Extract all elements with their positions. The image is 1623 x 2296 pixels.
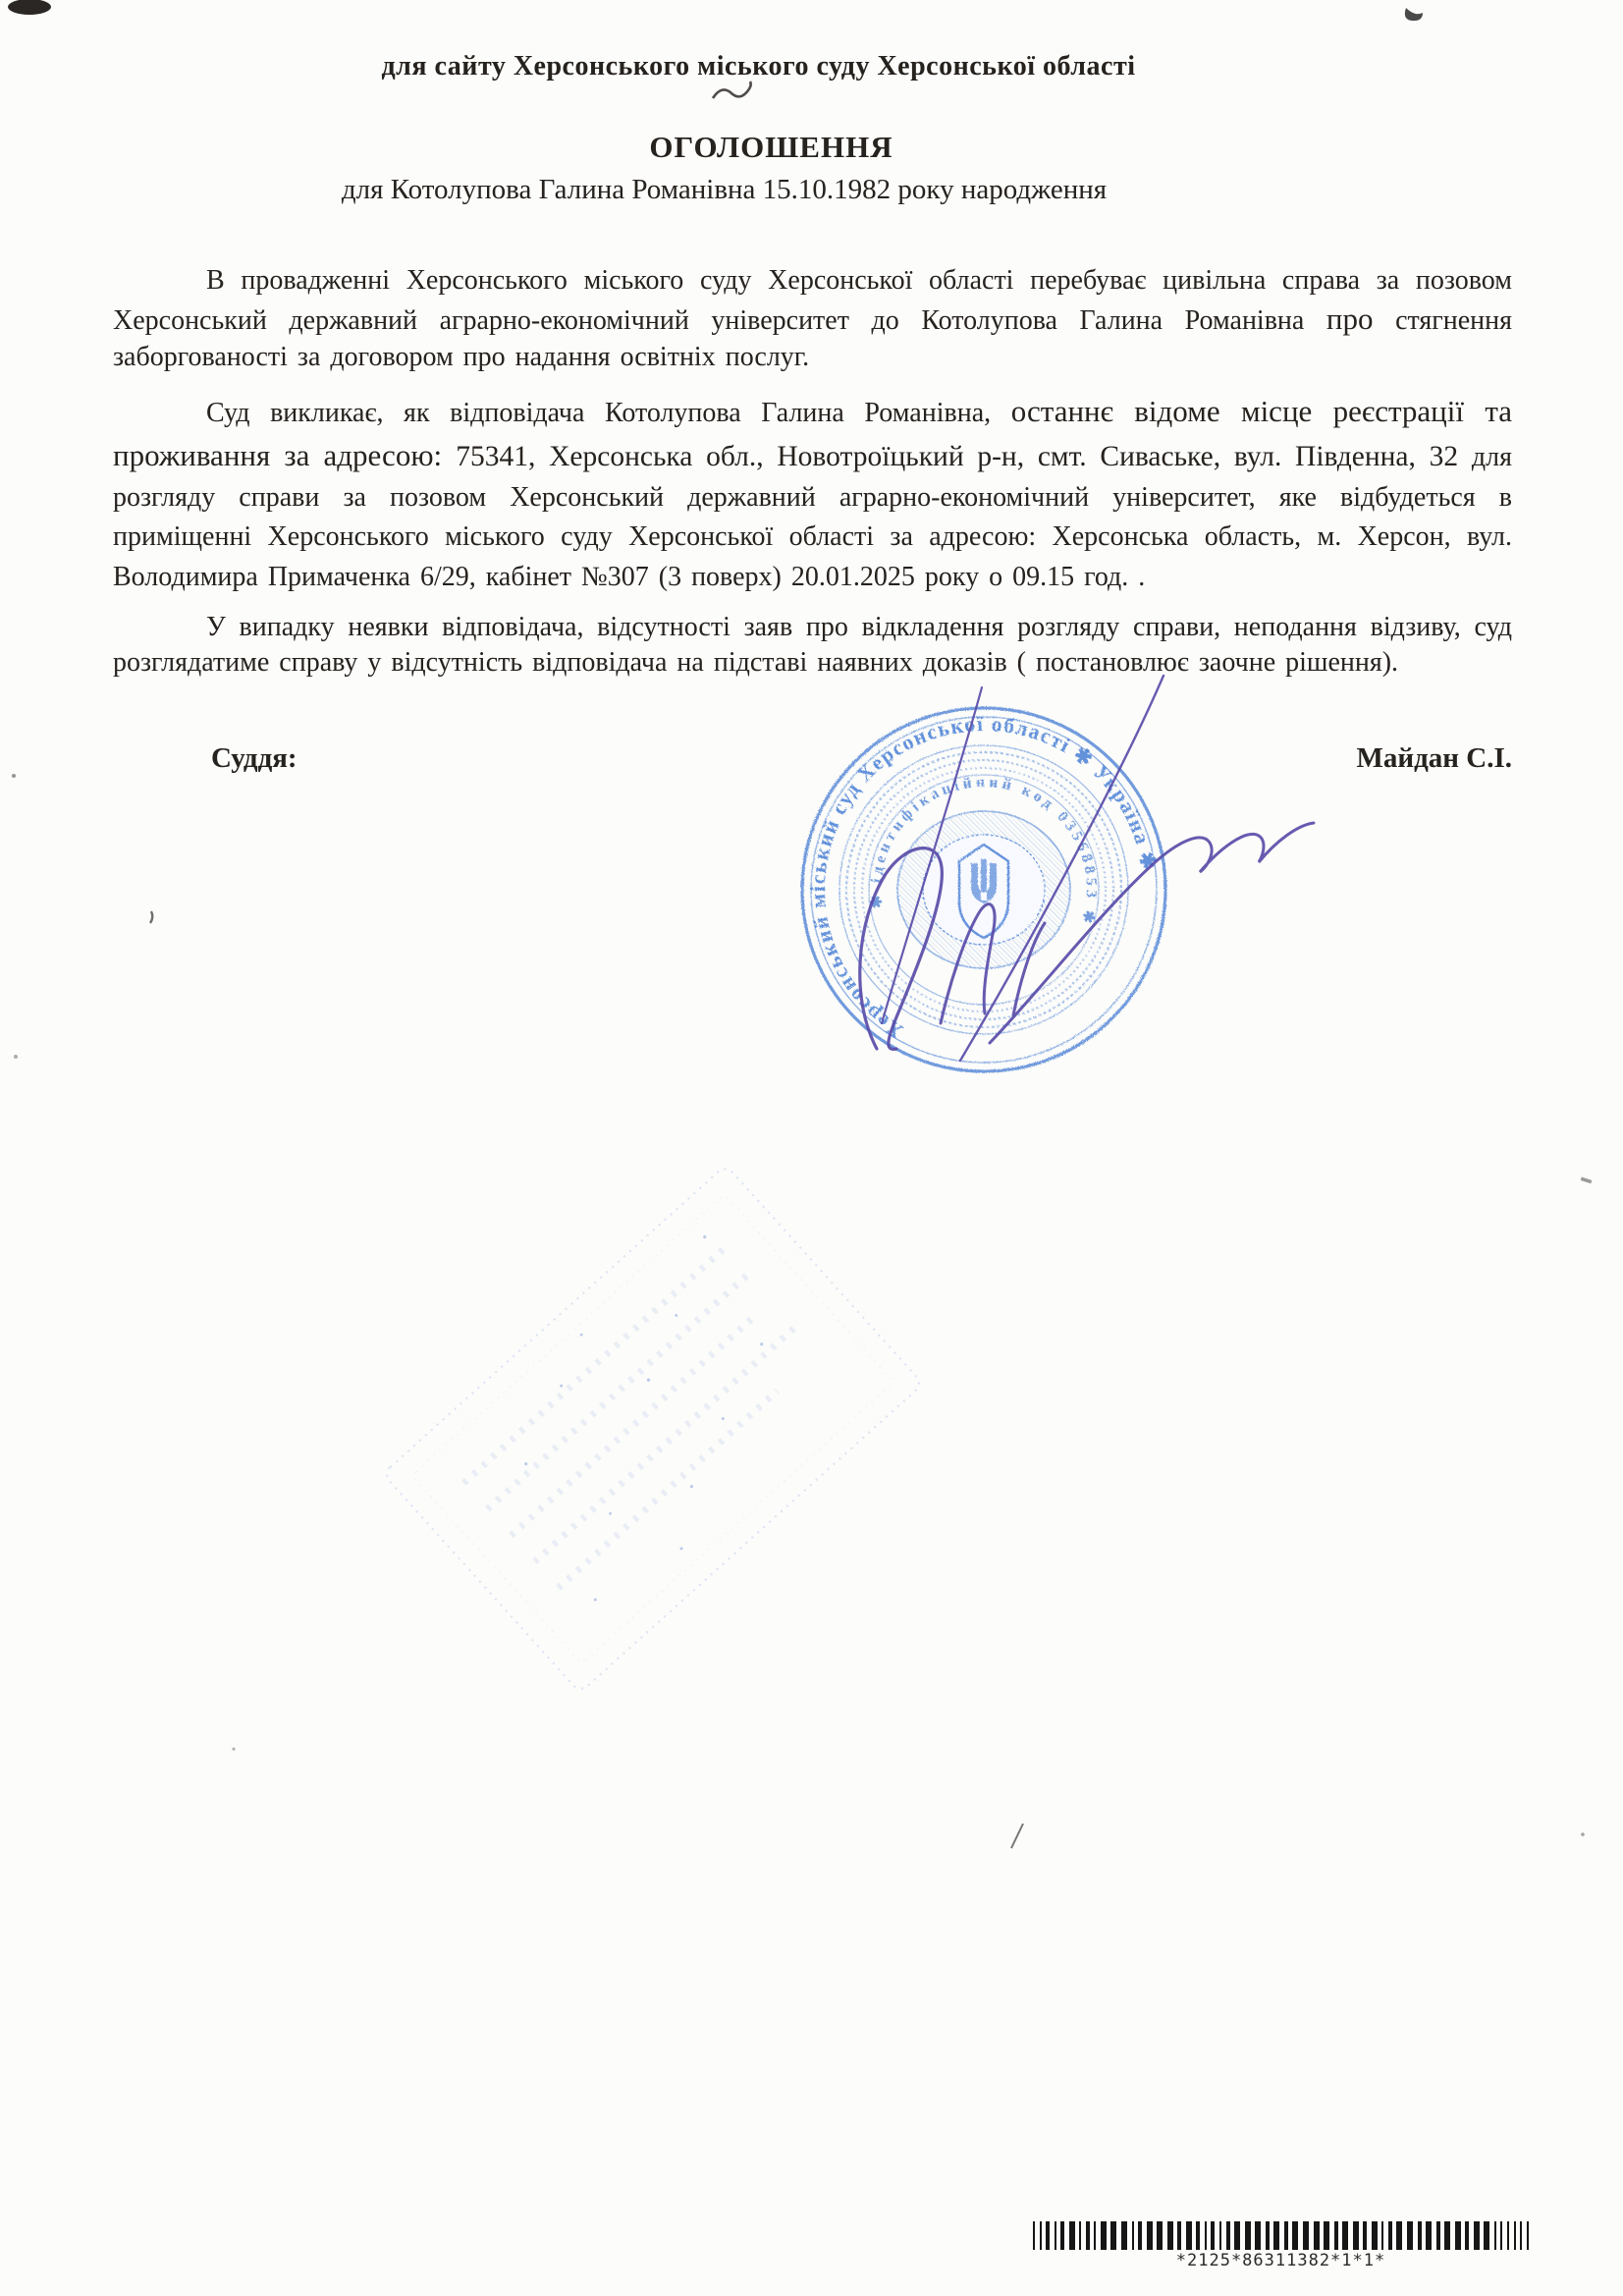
paragraph-case-info: В провадженні Херсонського міського суду… <box>113 263 1512 376</box>
scan-speck <box>150 911 152 923</box>
scanned-court-document: для сайту Херсонського міського суду Хер… <box>0 0 1623 2296</box>
document-content: для сайту Херсонського міського суду Хер… <box>0 0 1623 775</box>
scan-speck <box>232 1747 235 1750</box>
svg-text:✱ ідентифікаційний код 0356885: ✱ ідентифікаційний код 03568853 ✱ <box>849 755 1108 966</box>
paragraph-text: 75341, Херсонська обл., Новотроїцький р-… <box>456 441 1472 472</box>
barcode-bars <box>1033 2221 1529 2250</box>
paragraph-consequences: У випадку неявки відповідача, відсутност… <box>113 610 1512 683</box>
stamp-inner-text: ✱ ідентифікаційний код 03568853 ✱ <box>849 755 1108 966</box>
scan-speck <box>1011 1824 1023 1848</box>
trident-emblem <box>959 845 1008 938</box>
scan-speck <box>1581 1177 1593 1184</box>
stamp-center-guilloche <box>897 811 1070 968</box>
faint-stamp <box>383 1165 923 1692</box>
document-subtitle: для Котолупова Галина Романівна 15.10.19… <box>25 174 1424 206</box>
paragraph-text: про <box>1326 301 1374 336</box>
paragraph-text: В провадженні Херсонського міського суду… <box>113 265 1512 336</box>
scan-speck <box>14 1055 18 1059</box>
judge-label: Суддя: <box>211 742 298 775</box>
judge-name: Майдан С.І. <box>1357 742 1512 775</box>
barcode-label: *2125*86311382*1*1* <box>1176 2251 1385 2270</box>
paragraph-summons: Суд викликає, як відповідача Котолупова … <box>113 390 1512 598</box>
scan-speck <box>1581 1832 1585 1836</box>
barcode: *2125*86311382*1*1* <box>1033 2221 1529 2270</box>
signature-row: Суддя: Майдан С.І. <box>113 742 1512 775</box>
document-header: для сайту Херсонського міського суду Хер… <box>59 51 1458 82</box>
page-title: ОГОЛОШЕННЯ <box>72 130 1471 165</box>
paragraph-text: Суд викликає, як відповідача Котолупова … <box>206 398 1011 428</box>
